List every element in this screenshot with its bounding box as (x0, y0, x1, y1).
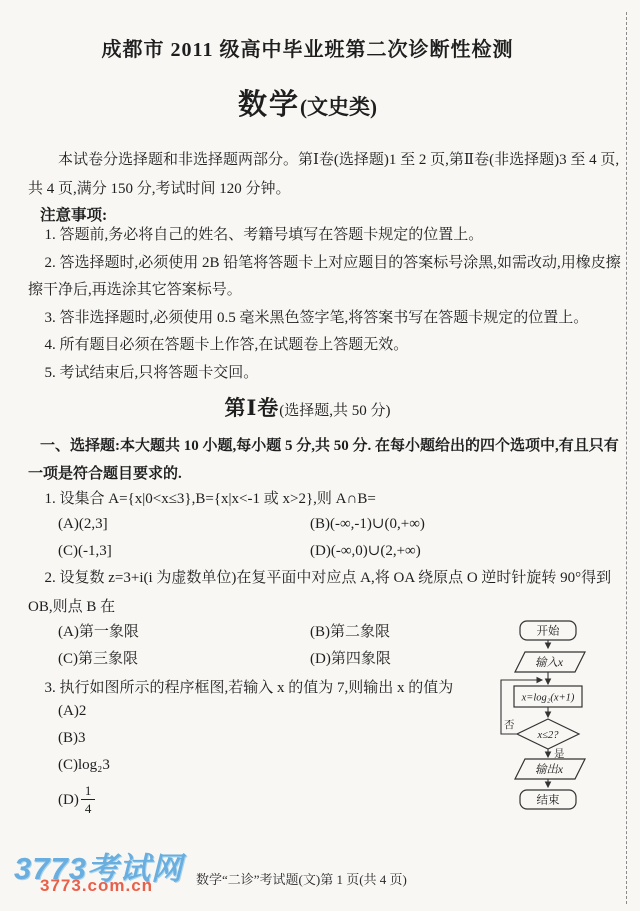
flowchart-process-label: x=log₂(x+1) (521, 693, 575, 704)
q3-option-a: (A)2 (58, 703, 86, 720)
fraction-denominator: 4 (81, 800, 96, 815)
flowchart-yes-label: 是 (554, 748, 565, 760)
question-2-options: (A)第一象限 (B)第二象限 (C)第三象限 (D)第四象限 (58, 619, 391, 673)
notice-item-4: 4. 所有题目必须在答题卡上作答,在试题卷上答题无效。 (28, 332, 622, 360)
exam-title: 成都市 2011 级高中毕业班第二次诊断性检测 (0, 33, 615, 62)
section1-title-paren: (选择题,共 50 分) (279, 403, 390, 419)
q3-option-d: (D)14 (58, 784, 95, 815)
scan-edge-dashed-line (626, 12, 627, 904)
notice-item-3: 3. 答非选择题时,必须使用 0.5 毫米黑色签字笔,将答案书写在答题卡规定的位… (28, 305, 622, 333)
q1-option-b: (B)(-∞,-1)∪(0,+∞) (310, 511, 425, 538)
question-2-stem: 2. 设复数 z=3+i(i 为虚数单位)在复平面中对应点 A,将 OA 绕原点… (28, 564, 622, 621)
subject-paren: (文史类) (300, 95, 377, 119)
q2-option-b: (B)第二象限 (310, 619, 391, 646)
notice-list: 1. 答题前,务必将自己的姓名、考籍号填写在答题卡规定的位置上。 2. 答选择题… (28, 222, 622, 387)
intro-paragraph: 本试卷分选择题和非选择题两部分。第Ⅰ卷(选择题)1 至 2 页,第Ⅱ卷(非选择题… (28, 146, 620, 203)
q1-option-a: (A)(2,3] (58, 511, 310, 538)
q3-option-c: (C)log₂3 (58, 757, 110, 774)
q1-option-d: (D)(-∞,0)∪(2,+∞) (310, 538, 425, 565)
flowchart-decision-label: x≤2? (537, 730, 560, 741)
question-1-stem: 1. 设集合 A={x|0<x≤3},B={x|x<-1 或 x>2},则 A∩… (28, 487, 622, 508)
flowchart-start-label: 开始 (537, 624, 560, 638)
q3-option-d-label: (D) (58, 792, 79, 808)
q2-option-d: (D)第四象限 (310, 646, 391, 673)
flowchart-end-label: 结束 (537, 793, 560, 807)
exam-page: 成都市 2011 级高中毕业班第二次诊断性检测 数学(文史类) 本试卷分选择题和… (0, 0, 640, 911)
question-3-stem: 3. 执行如图所示的程序框图,若输入 x 的值为 7,则输出 x 的值为 (28, 676, 498, 697)
notice-item-1: 1. 答题前,务必将自己的姓名、考籍号填写在答题卡规定的位置上。 (28, 222, 622, 250)
subject-title: 数学(文史类) (0, 82, 615, 123)
subject-main: 数学 (238, 89, 300, 121)
q2-option-a: (A)第一象限 (58, 619, 310, 646)
q1-option-c: (C)(-1,3] (58, 538, 310, 565)
q2-option-c: (C)第三象限 (58, 646, 310, 673)
fraction-numerator: 1 (81, 784, 96, 800)
flowchart-no-label: 否 (504, 719, 515, 731)
section1-title: 第Ⅰ卷(选择题,共 50 分) (0, 392, 615, 422)
q3-option-d-fraction: 14 (81, 784, 96, 815)
notice-item-5: 5. 考试结束后,只将答题卡交回。 (28, 360, 622, 388)
question-1-options: (A)(2,3] (B)(-∞,-1)∪(0,+∞) (C)(-1,3] (D)… (58, 511, 425, 565)
section1-title-main: 第Ⅰ卷 (224, 396, 279, 420)
q3-program-flowchart: 开始 输入x x=log₂(x+1) x≤2? 否 是 输出x 结束 (489, 616, 621, 816)
watermark-logo-domain: 3773.com.cn (40, 876, 153, 896)
flowchart-output-label: 输出x (535, 763, 564, 776)
notice-item-2: 2. 答选择题时,必须使用 2B 铅笔将答题卡上对应题目的答案标号涂黑,如需改动… (28, 250, 622, 305)
section1-instruction: 一、选择题:本大题共 10 小题,每小题 5 分,共 50 分. 在每小题给出的… (28, 432, 622, 488)
flowchart-input-label: 输入x (535, 656, 564, 669)
page-number-text: 数学“二诊”考试题(文)第 1 页(共 4 页) (196, 869, 407, 888)
q3-option-b: (B)3 (58, 730, 86, 747)
